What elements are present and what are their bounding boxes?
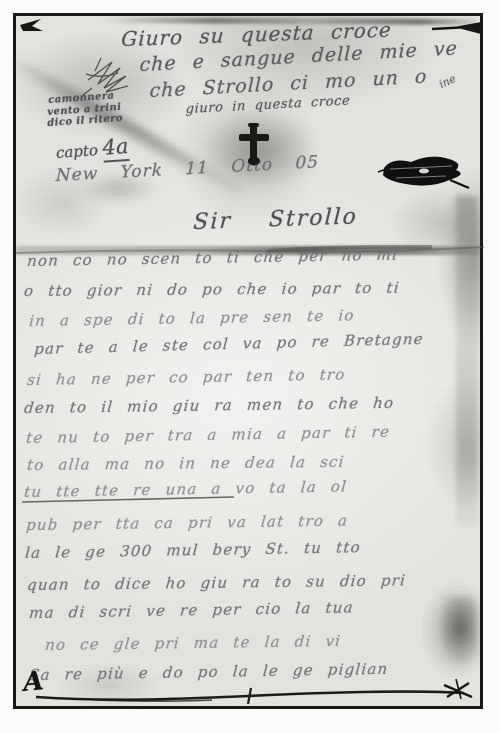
chapter-note: capto 4a (55, 134, 129, 163)
body-line-8: to alla ma no in ne dea la sci (26, 453, 345, 474)
chapter-word: capto (55, 141, 98, 162)
stain-bottom-right-blot (436, 596, 478, 671)
bottom-left-letter-mark: A (22, 666, 45, 698)
stain-right-margin (456, 196, 478, 526)
letter-photograph-page: Giuro su questa croce che e sangue delle… (0, 0, 500, 733)
chapter-number: 4a (102, 134, 130, 163)
body-line-2: o tto gior ni do po che io par to ti (23, 279, 400, 300)
